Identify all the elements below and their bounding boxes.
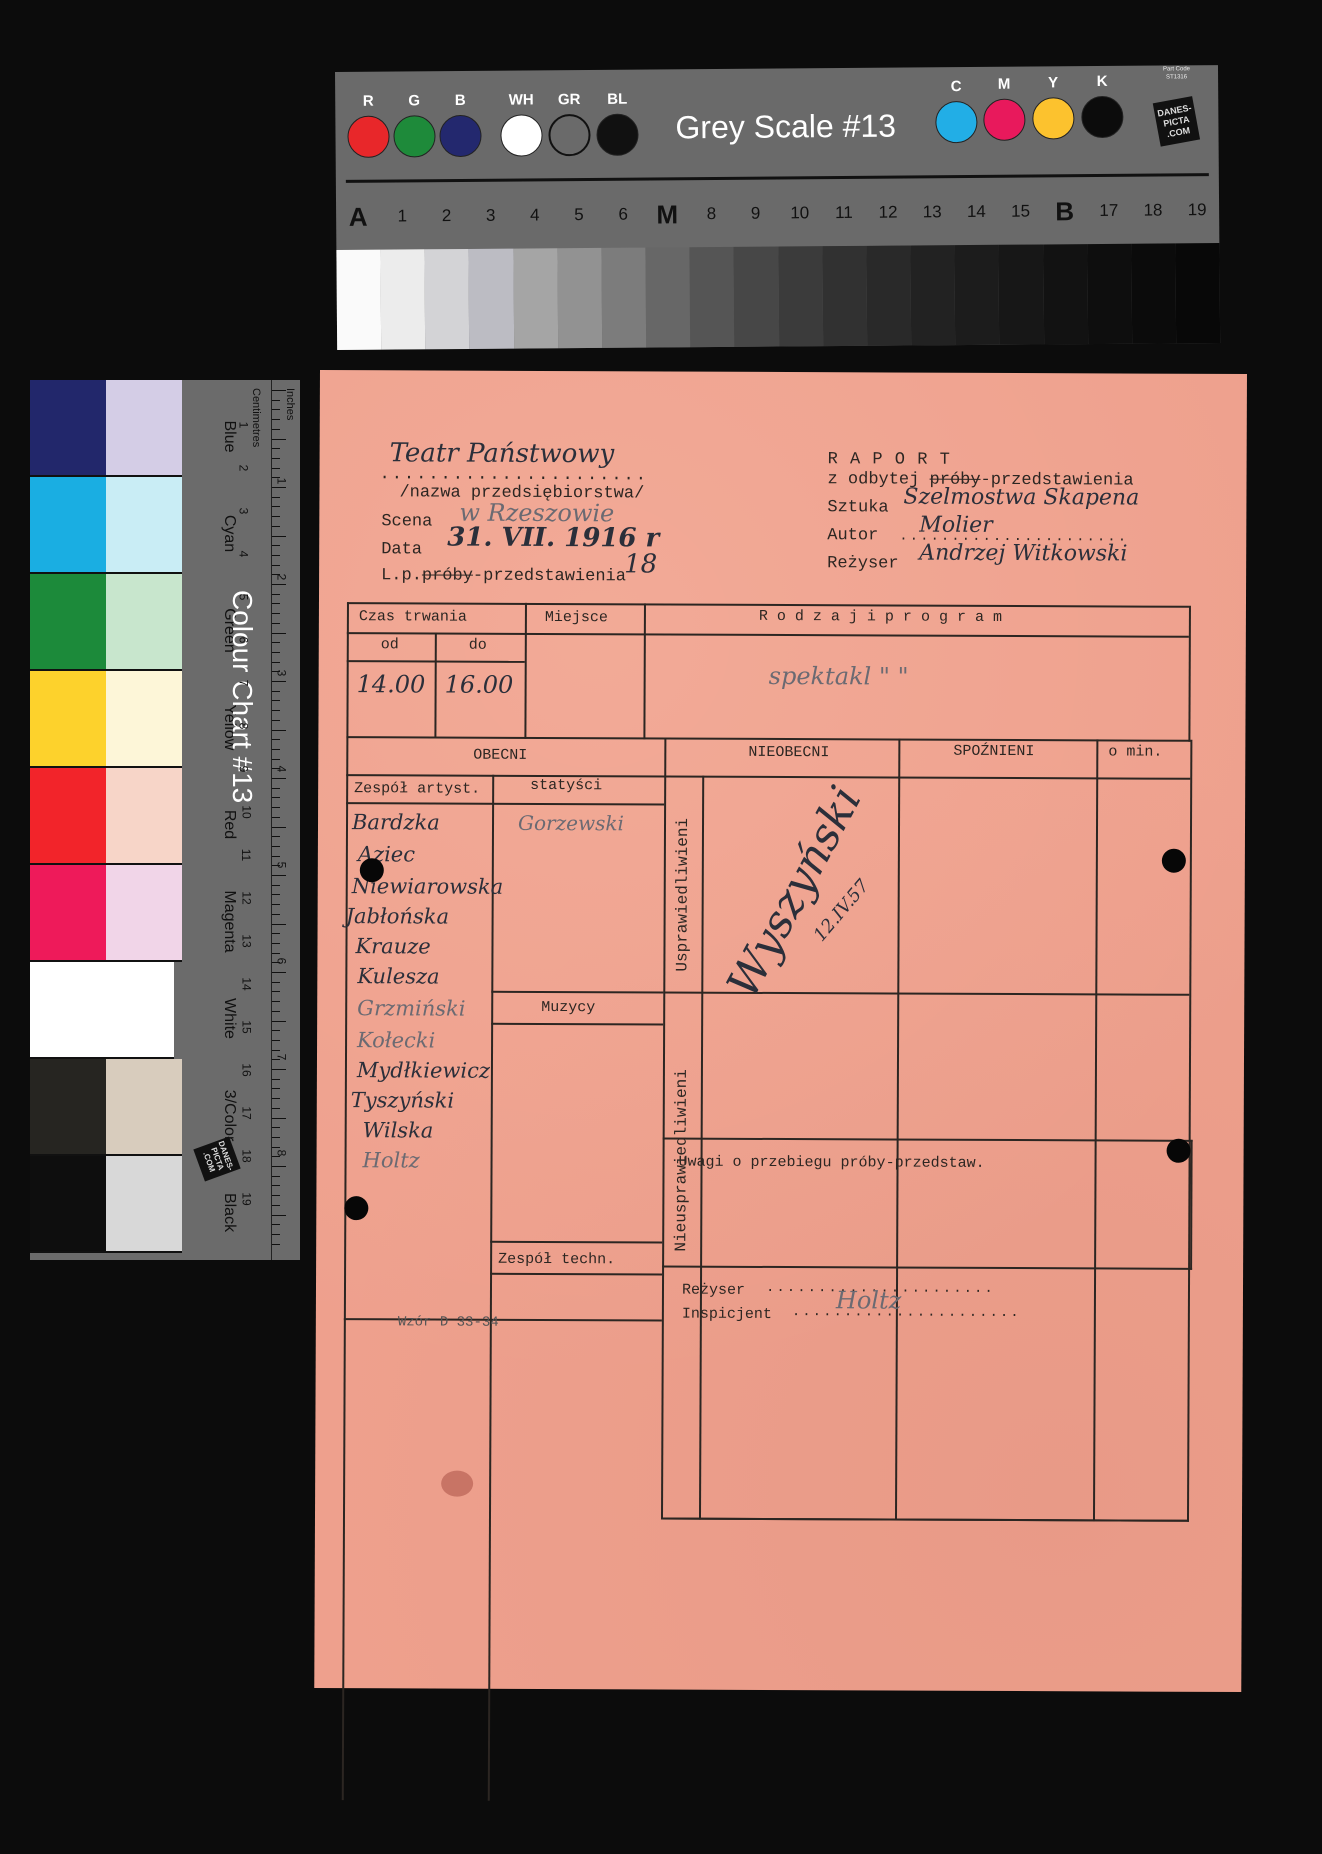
punch-hole — [1167, 1139, 1191, 1163]
ruler-tick — [272, 555, 280, 556]
rezyser-value: Andrzej Witkowski — [919, 541, 1127, 567]
scale-label: 17 — [1087, 194, 1131, 228]
rezyser-label: Reżyser — [827, 554, 899, 573]
grey-swatch — [778, 246, 823, 346]
dot-y: Y — [1032, 73, 1075, 139]
inch-tick-label: 8 — [274, 1150, 288, 1157]
ruler-tick — [272, 991, 280, 992]
scale-label: 4 — [513, 198, 557, 232]
ruler-tick — [272, 594, 280, 595]
table-border — [347, 602, 1189, 608]
ruler-tick — [272, 623, 280, 624]
footer-rezyser-label: Reżyser — [682, 1282, 745, 1299]
autor-label: Autor — [827, 526, 878, 545]
table-border — [488, 775, 494, 1801]
artist-name: Tyszyński — [351, 1088, 454, 1112]
magenta-dot-icon — [983, 99, 1025, 141]
rodzaj-header: R o d z a j i p r o g r a m — [759, 608, 1002, 626]
grey-swatch — [381, 249, 426, 349]
grey-swatch — [601, 248, 646, 348]
grey-dot-icon — [548, 114, 590, 156]
scale-label: 5 — [557, 198, 601, 232]
colour-chart-card: BlueCyanGreenYellowRedMagentaWhite3/Colo… — [30, 380, 300, 1260]
ruler-tick — [272, 652, 280, 653]
dot-wh: WH — [500, 90, 543, 156]
ruler-tick — [272, 807, 280, 808]
company-dotted-line: ...................... — [380, 465, 649, 485]
statysci-header: statyści — [530, 777, 602, 794]
lp-rest: -przedstawienia — [473, 567, 626, 587]
ruler-tick — [272, 749, 280, 750]
black-light-swatch — [106, 1156, 182, 1253]
cm-tick-label: 10 — [240, 805, 254, 818]
do-header: do — [469, 637, 487, 654]
ruler-tick — [272, 497, 280, 498]
grey-scale-labels: A 1 2 3 4 5 6 M 8 9 10 11 12 13 14 15 B … — [336, 193, 1219, 234]
artist-name: Krauze — [355, 934, 430, 958]
uwagi-bottom-border — [662, 1266, 1192, 1270]
cyan-dark-swatch — [30, 477, 106, 574]
miejsce-header: Miejsce — [545, 609, 608, 626]
ruler-tick — [272, 856, 280, 857]
inch-tick-label: 2 — [274, 574, 288, 581]
grey-swatch — [955, 245, 1000, 345]
ruler-tick — [272, 1079, 280, 1080]
ruler-tick — [272, 933, 280, 934]
3-color-light-swatch — [106, 1059, 182, 1156]
cm-tick-label: 9 — [236, 766, 250, 773]
ruler-tick — [272, 458, 280, 459]
ruler-tick — [272, 390, 286, 391]
grey-scale-title: Grey Scale #13 — [675, 108, 896, 147]
dot-k: K — [1081, 72, 1124, 138]
artist-name: Bardzka — [352, 810, 440, 834]
grey-swatch — [557, 248, 602, 348]
ruler-tick — [272, 536, 286, 537]
ruler-tick — [272, 739, 280, 740]
ruler-tick — [272, 400, 280, 401]
blue-light-swatch — [106, 380, 182, 477]
punch-hole — [360, 858, 384, 882]
ruler-tick — [272, 797, 280, 798]
ruler-tick — [272, 914, 280, 915]
scale-label: M — [645, 197, 689, 231]
ruler-tick — [272, 439, 286, 440]
ruler-tick — [272, 730, 286, 731]
grey-swatch — [866, 245, 911, 345]
ruler-tick — [272, 700, 280, 701]
ruler-tick — [272, 468, 280, 469]
inch-tick-label: 3 — [274, 670, 288, 677]
czas-trwania-header: Czas trwania — [359, 608, 467, 625]
o-min-header: o min. — [1108, 743, 1162, 760]
grey-scale-swatches — [336, 243, 1220, 350]
danes-picta-logo: DANES-PICTA .COM — [1153, 96, 1200, 147]
do-value: 16.00 — [445, 671, 514, 699]
ruler-tick — [272, 584, 286, 585]
ruler-tick — [272, 846, 280, 847]
data-label: Data — [381, 540, 422, 559]
ruler-tick — [272, 1166, 286, 1167]
light-swatch-column — [106, 380, 182, 477]
red-dark-swatch — [30, 768, 106, 865]
ruler-tick — [272, 1069, 286, 1070]
scale-label: 15 — [998, 194, 1042, 228]
colour-labels: BlueCyanGreenYellowRedMagentaWhite3/Colo… — [180, 380, 216, 1260]
ruler-tick — [272, 1098, 280, 1099]
table-border — [1188, 606, 1191, 742]
ruler-tick — [272, 1195, 280, 1196]
ruler-tick — [272, 972, 286, 973]
form-template-number: Wzór D 33-34 — [398, 1314, 499, 1330]
scale-label: 18 — [1131, 193, 1175, 227]
ruler-tick — [272, 1244, 280, 1245]
centimetres-label: Centimetres — [250, 388, 262, 447]
inch-tick-label: 4 — [274, 766, 288, 773]
grey-swatch — [734, 247, 779, 347]
ruler-tick — [272, 1137, 280, 1138]
artist-name: Wilska — [363, 1118, 434, 1142]
ruler-tick — [272, 788, 280, 789]
scale-label: 6 — [601, 198, 645, 232]
table-border — [490, 1241, 662, 1244]
ruler: 1234567891011121314151617181912345678 — [271, 380, 300, 1260]
ruler-tick — [272, 429, 280, 430]
sztuka-value: Szelmostwa Skapena — [903, 485, 1139, 511]
stain — [441, 1471, 473, 1497]
grey-swatch — [999, 244, 1044, 344]
yellow-light-swatch — [106, 671, 182, 768]
table-border — [346, 736, 1190, 742]
scale-label: A — [336, 200, 380, 234]
inch-tick-label: 7 — [274, 1054, 288, 1061]
white-swatch — [30, 962, 174, 1059]
table-border — [699, 776, 704, 1520]
grey-swatch — [910, 245, 955, 345]
obecni-header: OBECNI — [473, 747, 527, 764]
colour-label: Blue — [220, 388, 238, 485]
ruler-tick — [272, 720, 280, 721]
ruler-tick — [272, 894, 280, 895]
scale-label: 2 — [424, 199, 468, 233]
ruler-tick — [272, 516, 280, 517]
table-border — [490, 1273, 662, 1276]
footer-inspicjent-signature: Holtz — [836, 1286, 901, 1314]
scale-label: 13 — [910, 195, 954, 229]
white-dot-icon — [500, 114, 542, 156]
inch-tick-label: 6 — [274, 958, 288, 965]
ruler-tick — [272, 827, 286, 828]
cyan-light-swatch — [106, 477, 182, 574]
dot-m: M — [983, 75, 1026, 141]
od-header: od — [381, 636, 399, 653]
ruler-tick — [272, 1234, 280, 1235]
yellow-dot-icon — [1032, 97, 1074, 139]
grey-swatch — [1131, 243, 1176, 343]
ruler-tick — [272, 778, 286, 779]
uwagi-right-border — [1190, 1140, 1193, 1270]
scena-label: Scena — [381, 512, 432, 531]
scale-label: 11 — [822, 196, 866, 230]
blue-dot-icon — [439, 115, 481, 157]
ruler-tick — [272, 885, 280, 886]
colour-label: White — [220, 970, 238, 1067]
cm-tick-label: 16 — [240, 1063, 254, 1076]
magenta-dark-swatch — [30, 865, 106, 962]
cm-tick-label: 12 — [240, 891, 254, 904]
ruler-tick — [272, 613, 280, 614]
cm-tick-label: 19 — [240, 1192, 254, 1205]
3-color-dark-swatch — [30, 1059, 106, 1156]
artist-name: Jabłońska — [346, 904, 449, 928]
table-border — [346, 802, 664, 805]
ruler-tick — [272, 526, 280, 527]
grey-swatch — [1175, 243, 1220, 343]
key-black-dot-icon — [1081, 96, 1123, 138]
cm-tick-label: 17 — [240, 1106, 254, 1119]
cyan-dot-icon — [935, 101, 977, 143]
grey-swatch — [822, 246, 867, 346]
table-border — [895, 739, 900, 1521]
ruler-tick — [272, 904, 280, 905]
ruler-tick — [272, 1001, 280, 1002]
dot-g: G — [393, 91, 436, 157]
artist-name: Grzmiński — [357, 996, 465, 1020]
artist-name: Kołecki — [357, 1028, 435, 1052]
rodzaj-value: spektakl " " — [769, 662, 909, 691]
artist-name: Mydłkiewicz — [357, 1058, 490, 1083]
grey-swatch — [1087, 244, 1132, 344]
cm-tick-label: 13 — [240, 934, 254, 947]
lp-label: L.p.próby-przedstawienia — [381, 566, 626, 586]
table-border — [434, 633, 436, 739]
colour-label: Black — [220, 1164, 238, 1261]
table-border — [661, 1517, 1189, 1521]
ruler-tick — [272, 943, 280, 944]
ruler-tick — [272, 642, 280, 643]
colour-label: Cyan — [220, 485, 238, 582]
zespol-techn-header: Zespół techn. — [498, 1251, 615, 1269]
scale-label: 10 — [778, 196, 822, 230]
cm-tick-label: 18 — [240, 1149, 254, 1162]
grey-swatch — [336, 250, 381, 350]
ruler-tick — [272, 409, 280, 410]
cm-tick-label: 8 — [236, 723, 250, 730]
ruler-tick — [272, 953, 280, 954]
footer-inspicjent-label: Inspicjent — [682, 1306, 772, 1323]
table-border — [491, 1023, 663, 1026]
artist-name: Kulesza — [357, 964, 439, 988]
ruler-tick — [272, 1050, 280, 1051]
lp-struck-word: próby — [422, 566, 473, 585]
ruler-tick — [272, 565, 280, 566]
ruler-tick — [272, 603, 280, 604]
ruler-tick — [272, 817, 280, 818]
lp-value: 18 — [624, 549, 657, 579]
cm-tick-label: 4 — [236, 551, 250, 558]
report-title: R A P O R T — [828, 450, 951, 470]
uwagi-top-border — [663, 1138, 1193, 1142]
grey-swatch — [1043, 244, 1088, 344]
ruler-tick — [272, 1127, 280, 1128]
ruler-tick — [272, 1147, 280, 1148]
bottom-left-border — [344, 1318, 662, 1321]
grey-swatch — [469, 249, 514, 349]
green-dot-icon — [393, 115, 435, 157]
grey-swatch — [425, 249, 470, 349]
table-border — [1187, 740, 1192, 1522]
scale-label: 1 — [380, 199, 424, 233]
inch-tick-label: 5 — [274, 862, 288, 869]
punch-hole — [344, 1196, 368, 1220]
table-border — [491, 991, 663, 994]
usprawiedliwieni-label: Usprawiedliwieni — [673, 818, 692, 972]
uwagi-label: Uwagi o przebiegu próby-przedstaw. — [679, 1154, 985, 1172]
ruler-tick — [272, 419, 280, 420]
cm-tick-label: 5 — [236, 594, 250, 601]
table-border — [643, 603, 646, 739]
ruler-tick — [272, 1021, 286, 1022]
ruler-tick — [272, 1030, 280, 1031]
ruler-tick — [272, 506, 280, 507]
ruler-tick — [272, 1205, 280, 1206]
ruler-tick — [272, 1108, 280, 1109]
muzycy-header: Muzycy — [541, 999, 595, 1016]
cm-tick-label: 14 — [240, 977, 254, 990]
zespol-artyst-header: Zespół artyst. — [354, 780, 480, 798]
scale-label: B — [1042, 194, 1086, 228]
green-light-swatch — [106, 574, 182, 671]
lp-prefix: L.p. — [381, 566, 422, 585]
colour-label: Magenta — [220, 873, 238, 970]
ruler-tick — [272, 836, 280, 837]
ruler-tick — [272, 1118, 286, 1119]
scale-label: 19 — [1175, 193, 1219, 227]
grey-swatch — [513, 248, 558, 348]
spoznieni-header: SPOŹNIENI — [953, 743, 1034, 760]
cm-tick-label: 3 — [236, 508, 250, 515]
inch-tick-label: 1 — [274, 478, 288, 485]
scale-label: 9 — [733, 197, 777, 231]
cm-tick-label: 7 — [236, 680, 250, 687]
punch-hole — [1162, 849, 1186, 873]
black-dot-icon — [596, 114, 638, 156]
sztuka-label: Sztuka — [827, 498, 888, 517]
table-border — [346, 774, 1190, 780]
nieobecni-header: NIEOBECNI — [748, 744, 829, 761]
ruler-tick — [272, 691, 280, 692]
grey-card-dots-row: R G B WH GR BL Grey Scale #13 C M Y K DA… — [335, 65, 1219, 184]
magenta-light-swatch — [106, 865, 182, 962]
ruler-tick — [272, 924, 286, 925]
ruler-tick — [272, 448, 280, 449]
red-light-swatch — [106, 768, 182, 865]
green-dark-swatch — [30, 574, 106, 671]
ruler-tick — [272, 633, 286, 634]
ruler-tick — [272, 710, 280, 711]
ruler-tick — [272, 1040, 280, 1041]
artist-name: Holtz — [363, 1148, 420, 1172]
cm-tick-label: 11 — [239, 849, 253, 861]
ruler-tick — [272, 681, 286, 682]
ruler-tick — [272, 759, 280, 760]
table-border — [1093, 739, 1098, 1521]
blue-dark-swatch — [30, 380, 106, 477]
table-border — [524, 603, 527, 739]
footer-inspicjent-dots: ...................... — [792, 1304, 1021, 1321]
grey-swatch — [690, 247, 735, 347]
table-border — [661, 738, 666, 1520]
red-dot-icon — [347, 116, 389, 158]
grey-swatch — [645, 247, 690, 347]
cm-tick-label: 1 — [236, 422, 250, 429]
ruler-tick — [272, 875, 286, 876]
cm-tick-label: 6 — [236, 637, 250, 644]
black-dark-swatch — [30, 1156, 106, 1253]
scale-label: 8 — [689, 197, 733, 231]
dot-c: C — [935, 77, 978, 143]
report-form: Teatr Państwowy ...................... /… — [314, 370, 1247, 1692]
od-value: 14.00 — [357, 670, 426, 698]
ruler-tick — [272, 1215, 286, 1216]
ruler-tick — [272, 545, 280, 546]
ruler-tick — [272, 1176, 280, 1177]
dot-bl: BL — [596, 90, 639, 156]
dot-r: R — [347, 92, 390, 158]
cm-tick-label: 2 — [236, 465, 250, 472]
scale-label: 12 — [866, 195, 910, 229]
scale-label: 3 — [468, 199, 512, 233]
dot-gr: GR — [548, 90, 591, 156]
ruler-tick — [272, 1088, 280, 1089]
ruler-tick — [272, 1185, 280, 1186]
statysci-value: Gorzewski — [518, 811, 624, 835]
ruler-tick — [272, 982, 280, 983]
dot-b: B — [439, 91, 482, 157]
scale-label: 14 — [954, 195, 998, 229]
ruler-tick — [272, 1011, 280, 1012]
yellow-dark-swatch — [30, 671, 106, 768]
grey-scale-card: Part Code ST1316 R G B WH GR BL Grey Sca… — [335, 65, 1220, 350]
cm-tick-label: 15 — [240, 1020, 254, 1033]
ruler-tick — [272, 1224, 280, 1225]
ruler-tick — [272, 662, 280, 663]
ruler-tick — [272, 487, 286, 488]
